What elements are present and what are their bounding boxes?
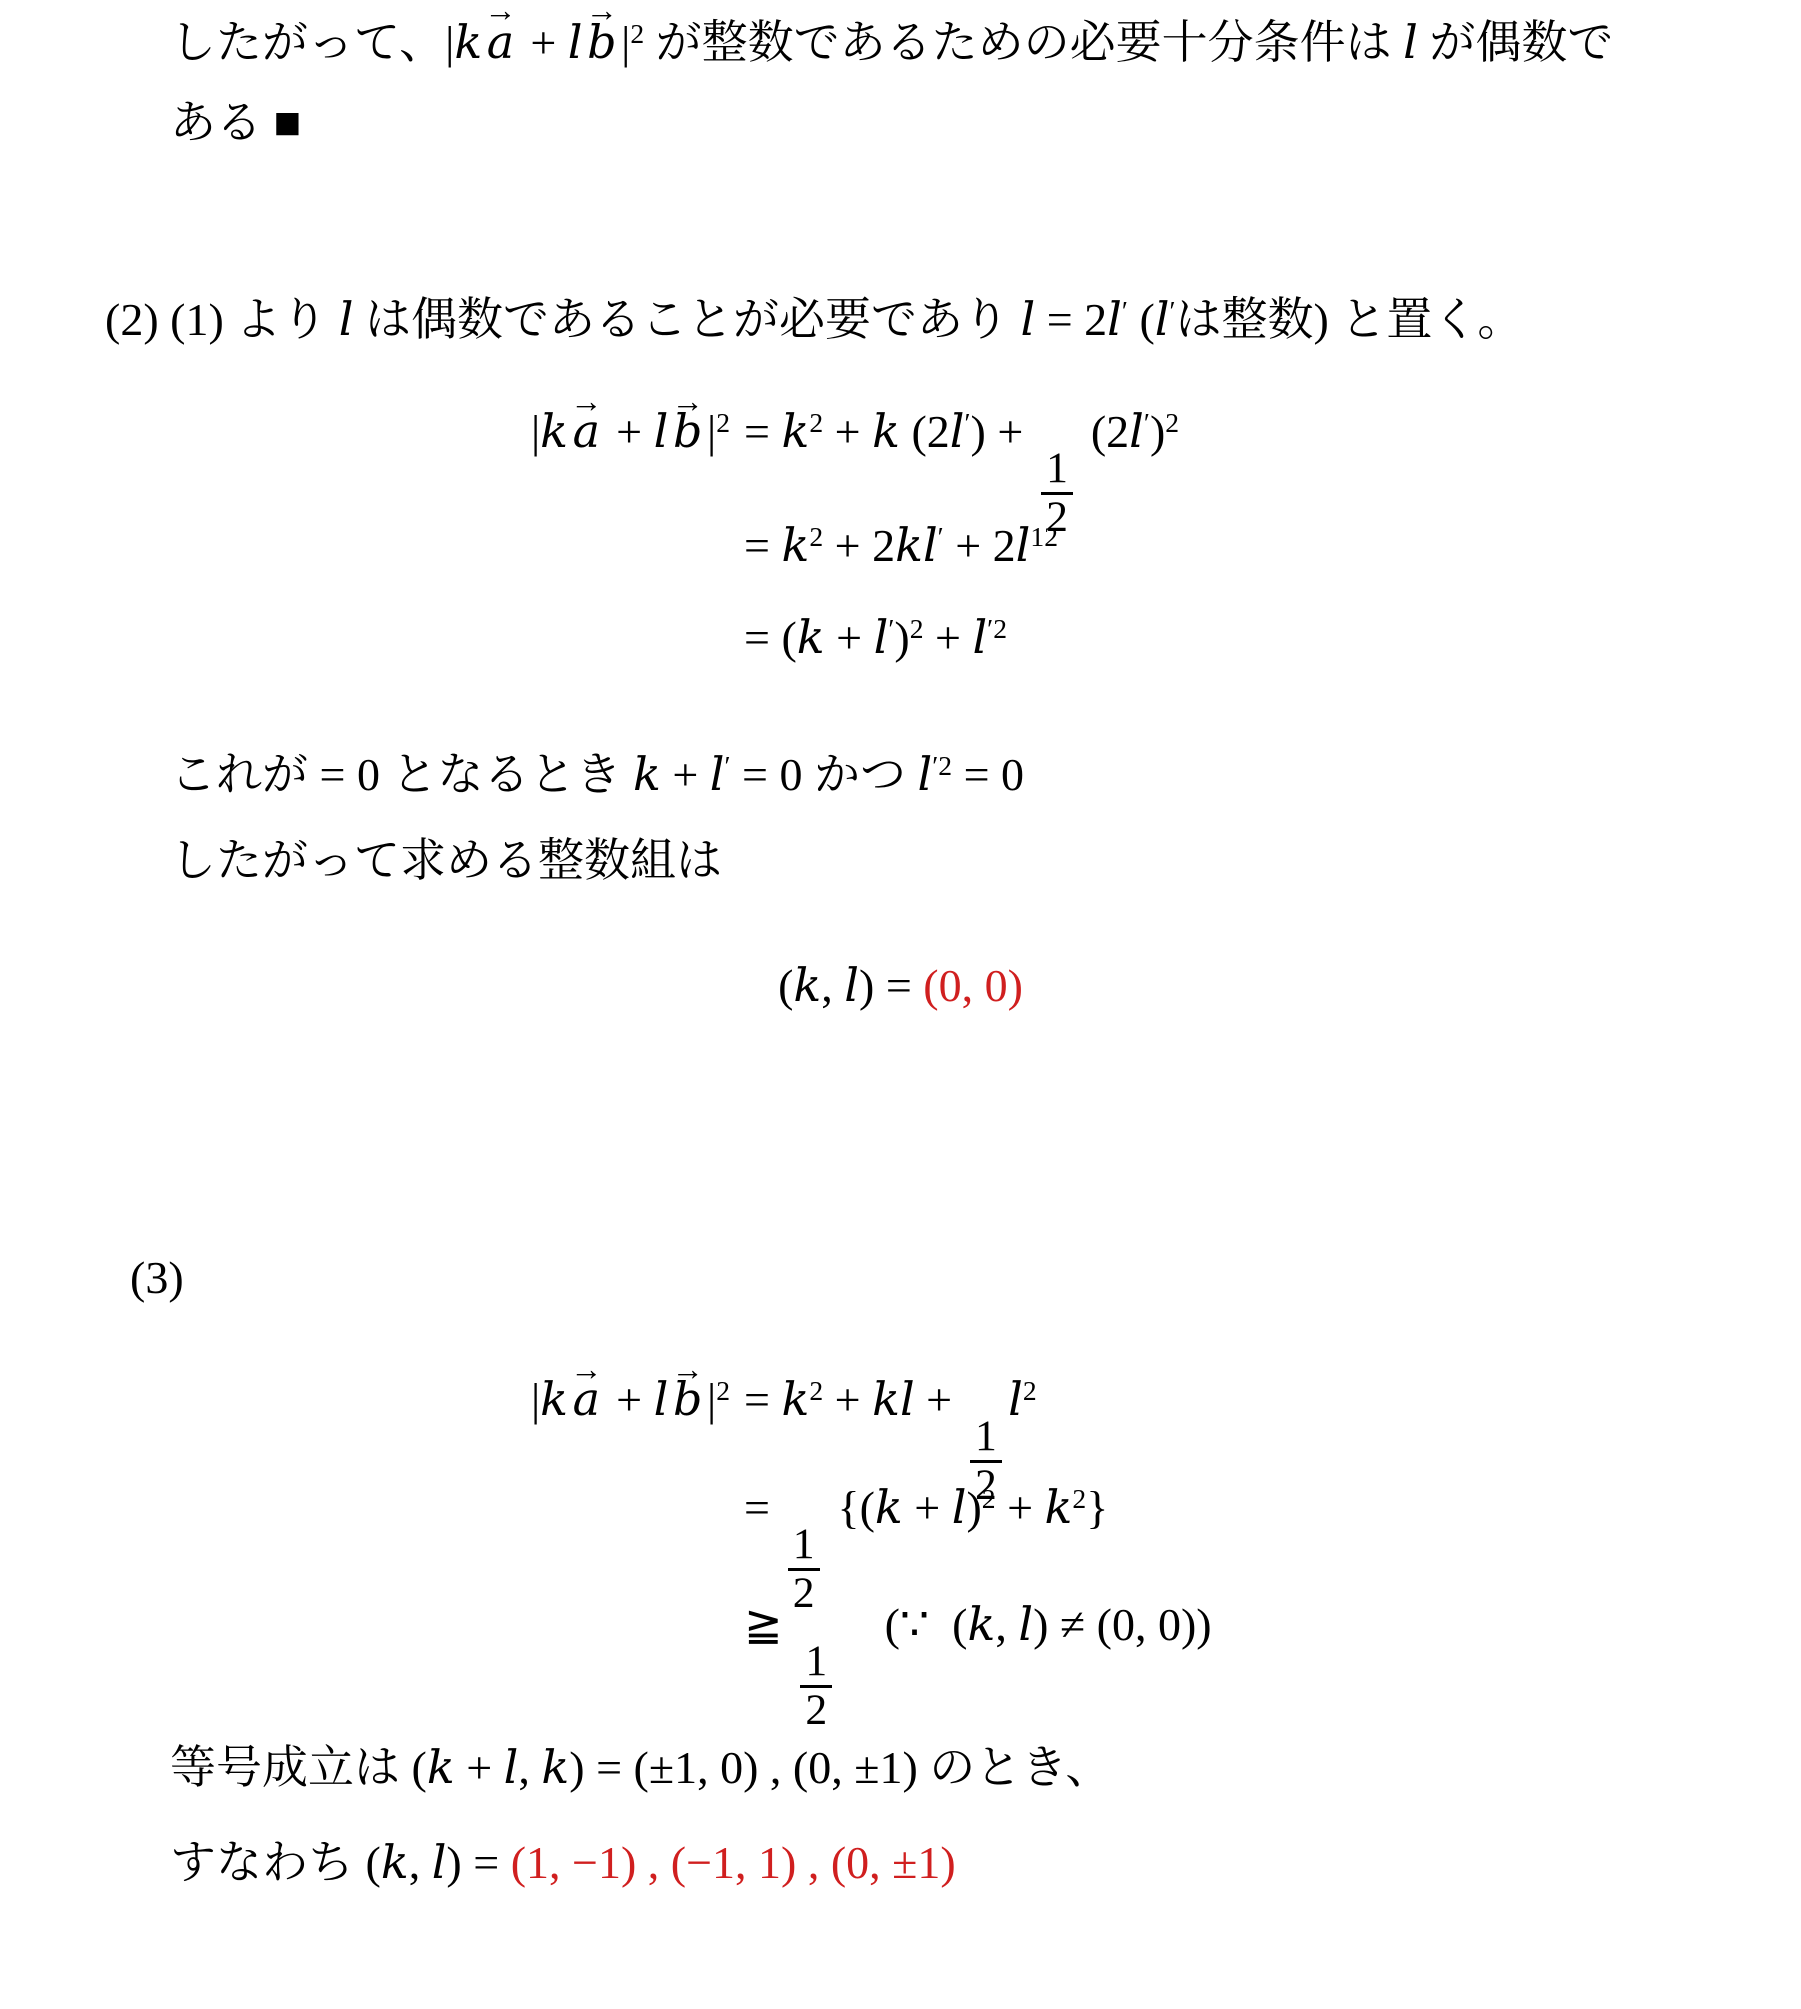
note-line: したがって求める整数組は xyxy=(170,831,722,891)
result-highlight-line: (k, l) = (0, 0) xyxy=(0,956,1801,1016)
equation-row: ≧ 12 (∵ (k, l) ≠ (0, 0)) xyxy=(450,1597,1212,1734)
note-line: すなわち (k, l) = (1, −1) , (−1, 1) , (0, ±1… xyxy=(170,1833,956,1893)
vector-arrow-icon: → xyxy=(672,385,704,417)
vector-arrow-icon: → xyxy=(484,0,516,26)
conclusion-line-2: ある ■ xyxy=(170,93,301,153)
equation-lhs: |k→a + l→b|2 xyxy=(450,1372,730,1426)
vector-arrow-icon: → xyxy=(586,0,618,26)
vector-arrow-icon: → xyxy=(570,385,602,417)
vector-arrow-icon: → xyxy=(672,1353,704,1385)
section-3-label: (3) xyxy=(130,1248,184,1308)
equation-row: = k2 + 2kl′ + 2l12 xyxy=(450,518,1058,572)
note-line: 等号成立は (k + l, k) = (±1, 0) , (0, ±1) のとき… xyxy=(170,1738,1111,1798)
equation-rhs: = k2 + 2kl′ + 2l12 xyxy=(744,518,1058,572)
equation-rhs: = (k + l′)2 + l′2 xyxy=(744,610,1007,664)
vector-arrow-icon: → xyxy=(570,1353,602,1385)
document-page: したがって、|k→a + l→b|2 が整数であるための必要十分条件は l が偶… xyxy=(0,0,1801,2009)
equation-lhs: |k→a + l→b|2 xyxy=(450,404,730,458)
note-line: これが = 0 となるとき k + l′ = 0 かつ l′2 = 0 xyxy=(170,745,1024,805)
equation-row: = (k + l′)2 + l′2 xyxy=(450,610,1007,664)
conclusion-line-1: したがって、|k→a + l→b|2 が整数であるための必要十分条件は l が偶… xyxy=(170,13,1613,73)
equation-rhs: ≧ 12 (∵ (k, l) ≠ (0, 0)) xyxy=(744,1597,1212,1734)
section-2-heading: (2) (1) より l は偶数であることが必要であり l = 2l′ (l′は… xyxy=(105,290,1523,350)
